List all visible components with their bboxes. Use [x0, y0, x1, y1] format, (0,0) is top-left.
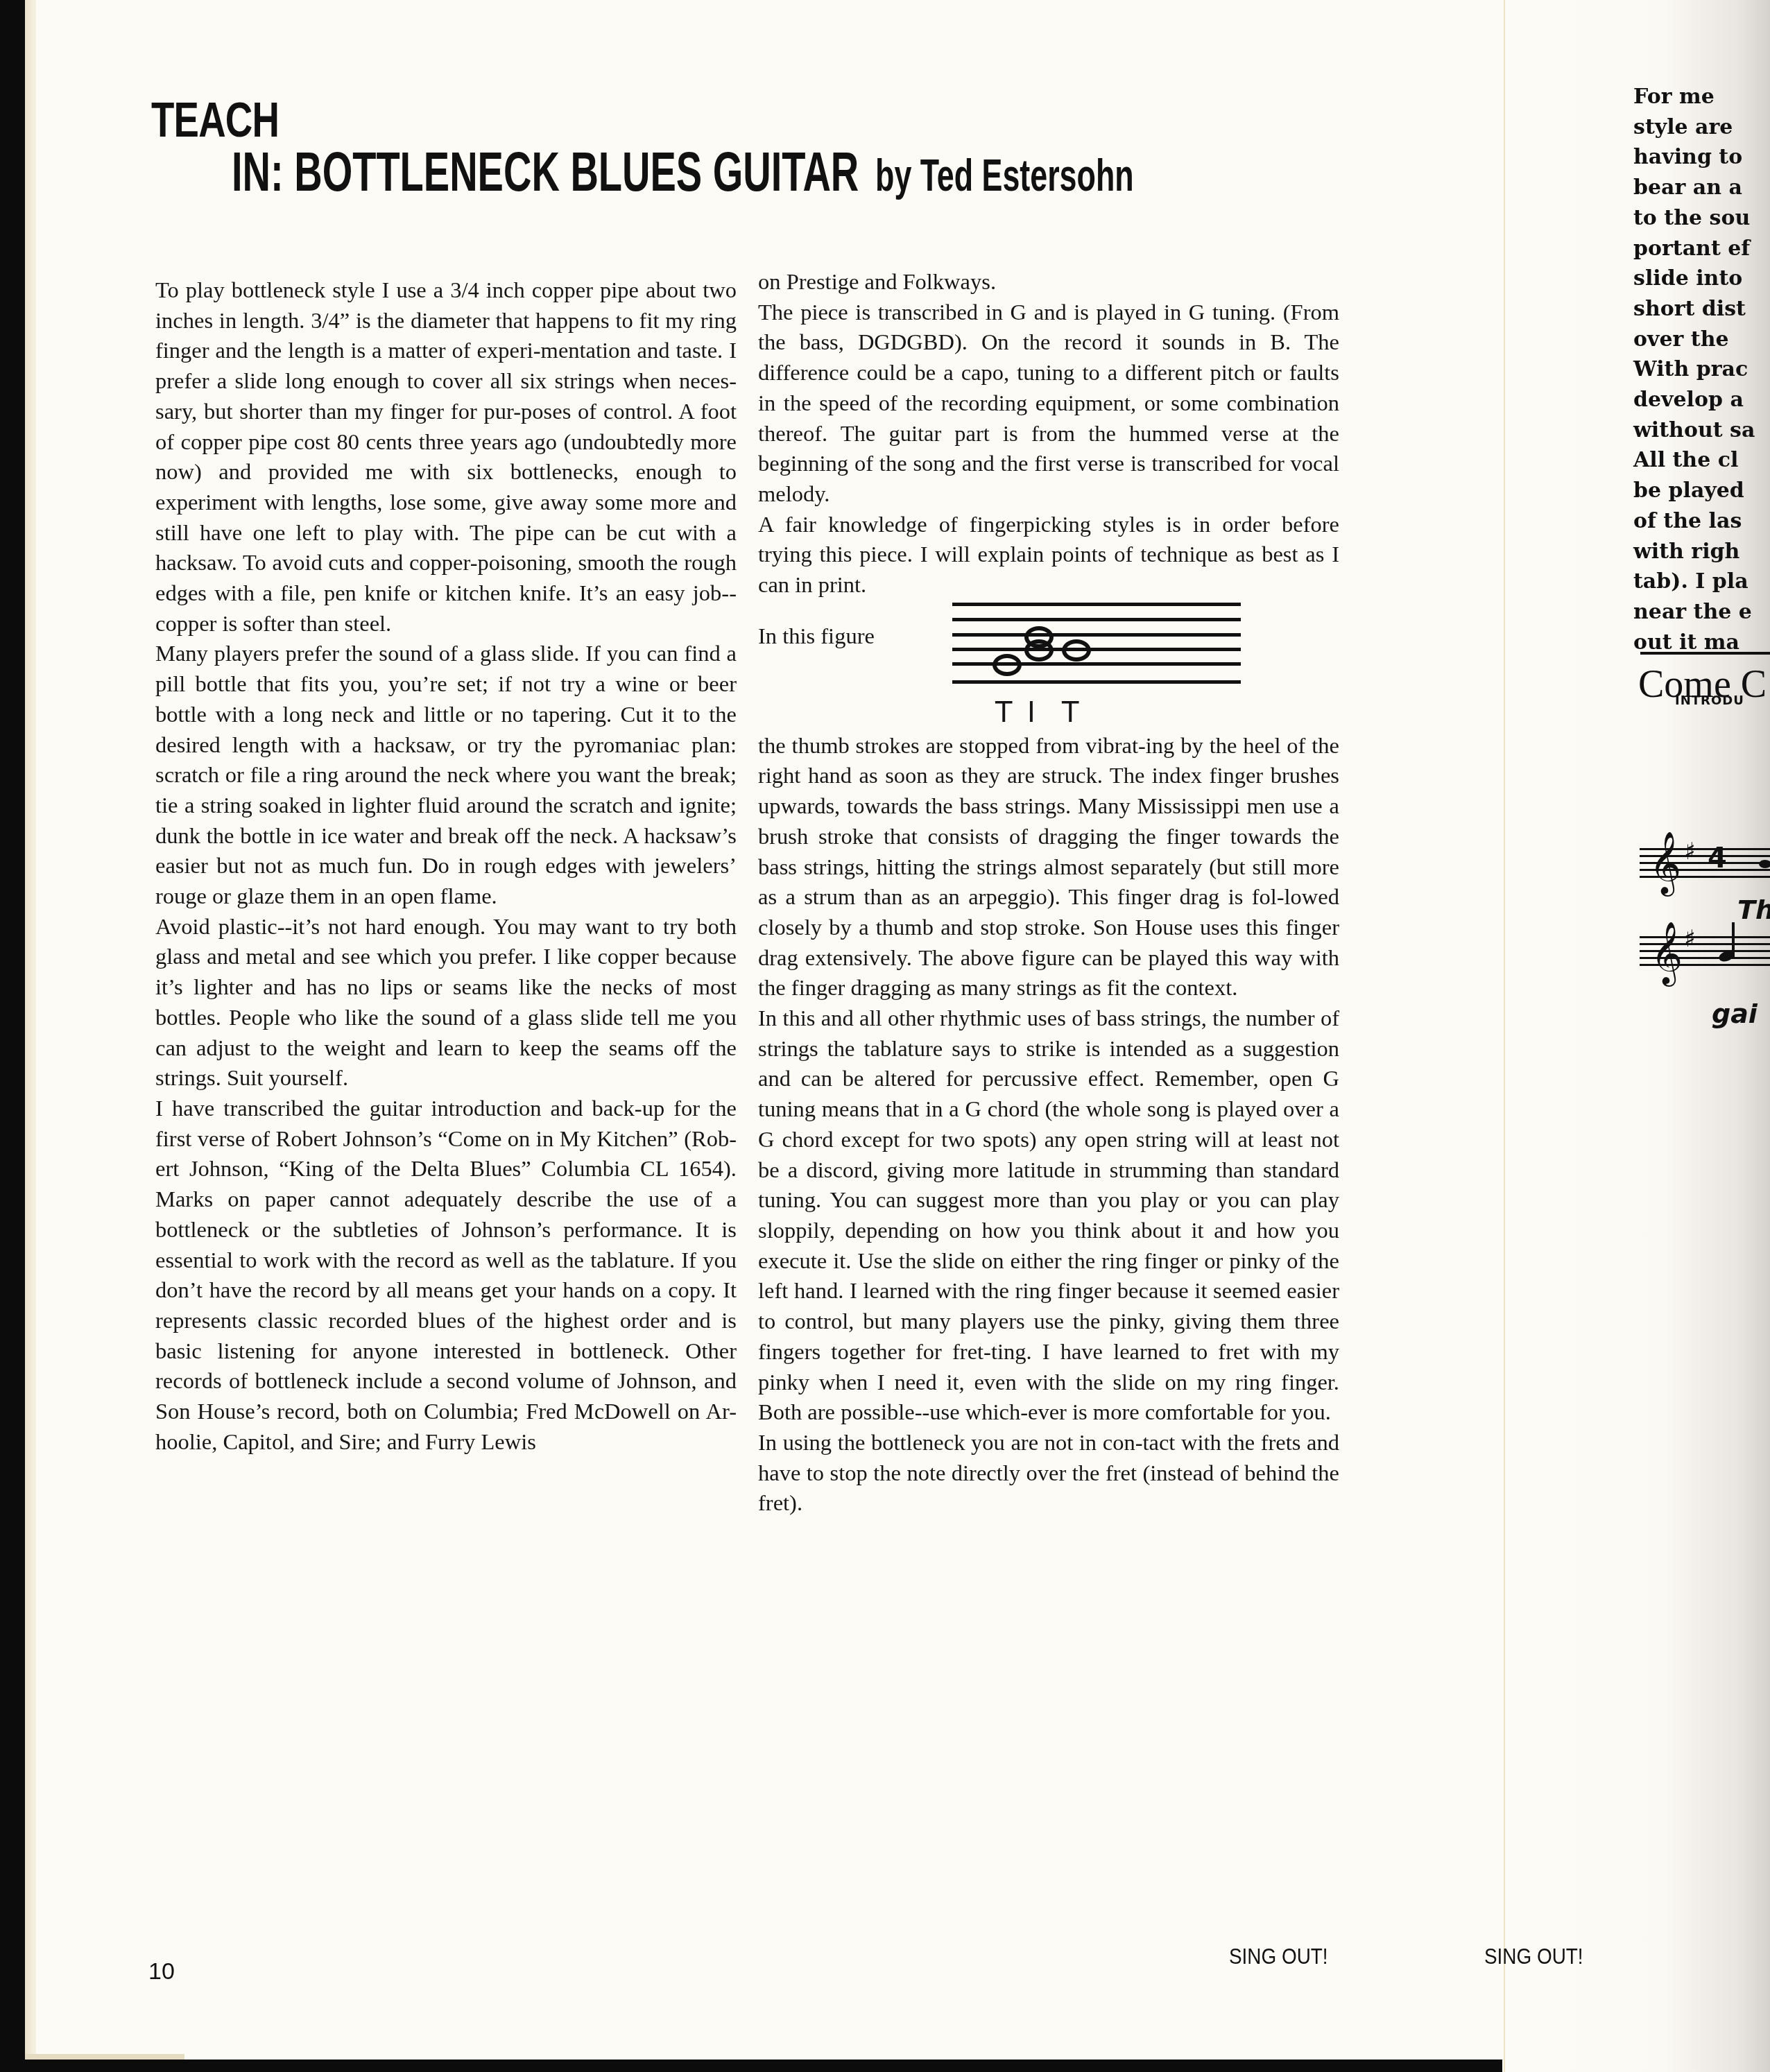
text-line: With prac	[1633, 354, 1755, 385]
text-line: bear an a	[1633, 173, 1755, 203]
tab-string-line	[952, 680, 1241, 684]
introduction-label: INTRODU	[1675, 693, 1744, 708]
article-title: IN: BOTTLENECK BLUES GUITARby Ted Esters…	[232, 144, 1134, 200]
article-column-2: on Prestige and Folkways. The piece is t…	[758, 268, 1339, 1519]
page-bottom-edge	[25, 2054, 184, 2060]
paragraph: I have transcribed the guitar introducti…	[155, 1094, 737, 1458]
article-byline: by Ted Estersohn	[875, 150, 1134, 200]
paragraph: The piece is transcribed in G and is pla…	[758, 298, 1339, 510]
lyric-text: The	[1737, 895, 1770, 925]
text-line: tab). I pla	[1633, 567, 1755, 597]
paragraph: Avoid plastic--it’s not hard enough. You…	[155, 913, 737, 1094]
next-page-text-column: For me style are having to bear an a to …	[1633, 82, 1755, 657]
thumb-stroke-label: T	[995, 698, 1012, 729]
paragraph: A fair knowledge of fingerpicking styles…	[758, 510, 1339, 601]
text-line: over the	[1633, 325, 1755, 355]
treble-clef-icon: 𝄞	[1651, 926, 1683, 980]
open-note-icon	[993, 654, 1022, 676]
tab-string-line	[952, 603, 1241, 606]
article-title-line1: TEACH	[151, 96, 279, 144]
text-line: style are	[1633, 112, 1755, 143]
tab-string-line	[952, 618, 1241, 621]
section-divider	[1640, 652, 1770, 655]
note-stem-icon	[1732, 922, 1735, 957]
tablature-staff: T I T	[952, 603, 1251, 727]
paragraph: Many players prefer the sound of a glass…	[155, 639, 737, 912]
tab-string-line	[952, 633, 1241, 637]
paragraph: the thumb strokes are stopped from vibra…	[758, 732, 1339, 1004]
text-line: having to	[1633, 142, 1755, 173]
open-note-icon	[1062, 639, 1091, 662]
page-gutter	[1504, 0, 1505, 2072]
text-line: without sa	[1633, 415, 1755, 446]
magazine-footer: SING OUT!	[1484, 1944, 1583, 1969]
page-edge	[25, 0, 36, 2060]
figure-label: In this figure	[758, 603, 952, 653]
text-line: For me	[1633, 82, 1755, 112]
article-title-line2: IN: BOTTLENECK BLUES GUITAR	[232, 141, 859, 202]
treble-clef-icon: 𝄞	[1649, 836, 1681, 890]
tablature-figure: In this figure T I T	[758, 603, 1339, 727]
text-line: near the e	[1633, 597, 1755, 628]
text-line: portant ef	[1633, 234, 1755, 264]
open-note-icon	[1024, 639, 1054, 662]
text-line: All the cl	[1633, 445, 1755, 476]
text-line: be played	[1633, 476, 1755, 506]
sharp-icon: ♯	[1684, 838, 1695, 865]
text-line: of the las	[1633, 506, 1755, 537]
article-column-1: To play bottleneck style I use a 3/4 inc…	[155, 276, 737, 1458]
text-line: short dist	[1633, 294, 1755, 325]
paragraph: In this and all other rhythmic uses of b…	[758, 1004, 1339, 1428]
text-line: to the sou	[1633, 203, 1755, 234]
thumb-stroke-label: T	[1062, 698, 1079, 729]
paragraph: To play bottleneck style I use a 3/4 inc…	[155, 276, 737, 639]
text-line: develop a	[1633, 385, 1755, 415]
text-line: slide into	[1633, 264, 1755, 294]
paragraph: on Prestige and Folkways.	[758, 268, 1339, 298]
sharp-icon: ♯	[1684, 925, 1695, 953]
time-signature-icon: 4	[1708, 843, 1727, 874]
note-head-icon	[1759, 860, 1770, 868]
magazine-footer: SING OUT!	[1229, 1944, 1328, 1969]
page-number: 10	[148, 1958, 175, 1985]
tab-string-line	[952, 648, 1241, 651]
lyric-text: gai	[1712, 999, 1758, 1029]
paragraph: In using the bottleneck you are not in c…	[758, 1428, 1339, 1519]
text-line: with righ	[1633, 537, 1755, 567]
index-stroke-label: I	[1027, 698, 1036, 729]
